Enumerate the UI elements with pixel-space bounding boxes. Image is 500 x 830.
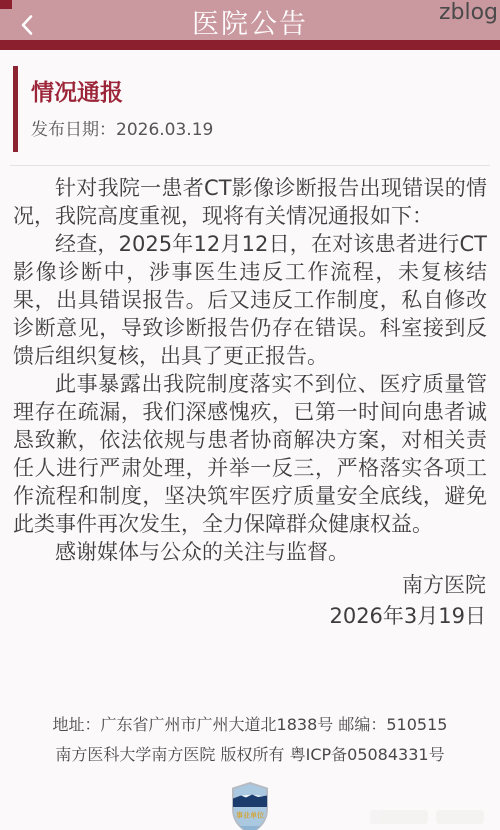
zblog-watermark: zblog (439, 0, 498, 26)
notice-title: 情况通报 (31, 78, 500, 108)
footer-address: 地址：广东省广州市广州大道北1838号 邮编：510515 (0, 710, 500, 740)
notice-header: 情况通报 发布日期：2026.03.19 (13, 66, 500, 152)
site-footer: 地址：广东省广州市广州大道北1838号 邮编：510515 南方医科大学南方医院… (0, 710, 500, 770)
faint-watermark (370, 806, 492, 824)
signature-date: 2026年3月19日 (0, 601, 486, 632)
header-accent-strip (0, 40, 500, 50)
paragraph: 针对我院一患者CT影像诊断报告出现错误的情况，我院高度重视，现将有关情况通报如下… (13, 174, 487, 230)
publish-date-label: 发布日期： (31, 120, 116, 140)
app-bar: 医院公告 (0, 0, 500, 40)
paragraph: 经查，2025年12月12日，在对该患者进行CT影像诊断中，涉事医生违反工作流程… (13, 230, 487, 370)
notice-content: 情况通报 发布日期：2026.03.19 针对我院一患者CT影像诊断报告出现错误… (0, 50, 500, 830)
signature-org: 南方医院 (0, 570, 486, 601)
shield-badge-icon: 事业单位 (231, 782, 269, 830)
notice-body: 针对我院一患者CT影像诊断报告出现错误的情况，我院高度重视，现将有关情况通报如下… (0, 174, 500, 566)
publish-date-value: 2026.03.19 (116, 120, 213, 140)
publish-date: 发布日期：2026.03.19 (31, 119, 500, 141)
hospital-announcement-page: 医院公告 zblog 情况通报 发布日期：2026.03.19 针对我院一患者C… (0, 0, 500, 830)
header-divider (10, 165, 490, 166)
footer-copyright: 南方医科大学南方医院 版权所有 粤ICP备05084331号 (0, 740, 500, 770)
badge-label: 事业单位 (236, 811, 264, 820)
paragraph: 此事暴露出我院制度落实不到位、医疗质量管理存在疏漏，我们深感愧疚，已第一时间向患… (13, 370, 487, 538)
top-left-corner-chip (0, 0, 12, 9)
page-title: 医院公告 (0, 9, 500, 41)
signature-block: 南方医院 2026年3月19日 (0, 570, 500, 632)
paragraph: 感谢媒体与公众的关注与监督。 (13, 538, 487, 566)
